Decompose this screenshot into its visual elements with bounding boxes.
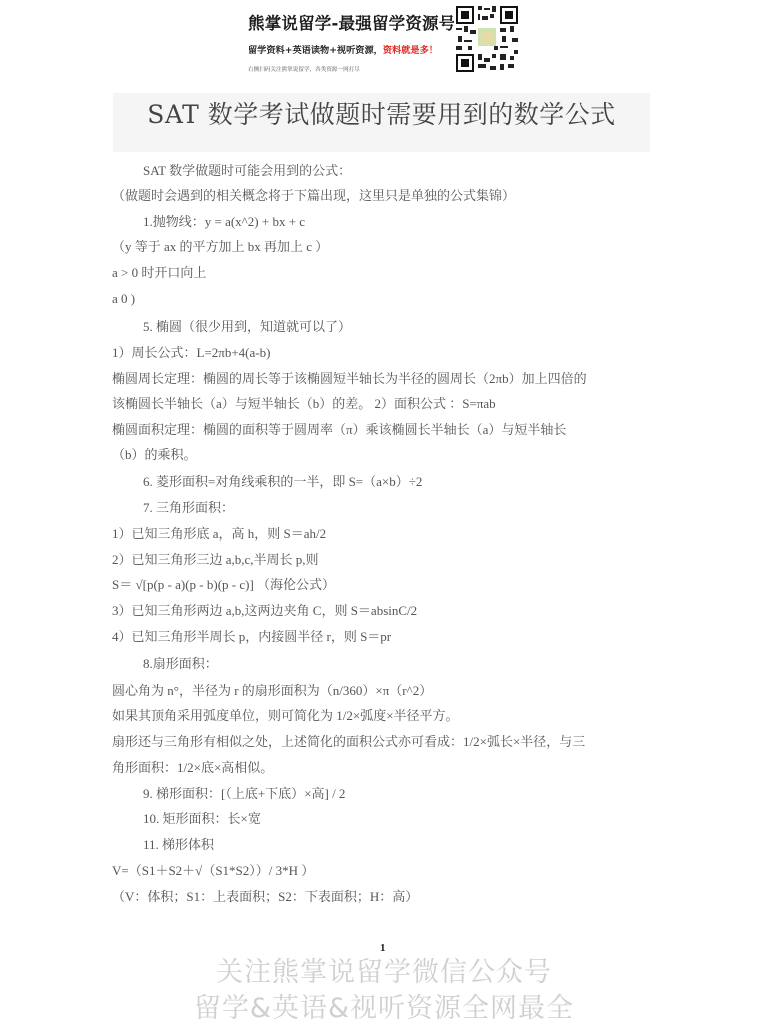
document-title: SAT 数学考试做题时需要用到的数学公式: [113, 95, 650, 131]
text-line: 椭圆面积定理：椭圆的面积等于圆周率（π）乘该椭圆长半轴长（a）与短半轴长: [112, 419, 566, 438]
text-line: 8.扇形面积：: [143, 653, 218, 672]
text-line: 椭圆周长定理：椭圆的周长等于该椭圆短半轴长为半径的圆周长（2πb）加上四倍的: [112, 368, 587, 387]
text-line: 该椭圆长半轴长（a）与短半轴长（b）的差。 2）面积公式 ：S=πab: [112, 393, 496, 412]
text-line: 9. 梯形面积：[（上底+下底）×高] / 2: [143, 783, 345, 802]
text-line: 6. 菱形面积=对角线乘积的一半，即 S=（a×b）÷2: [143, 471, 422, 490]
text-line: 扇形还与三角形有相似之处，上述简化的面积公式亦可看成：1/2×弧长×半径，与三: [112, 731, 585, 750]
banner-note: 右侧扫码关注熊掌说留学，各类资源一网打尽: [248, 65, 360, 73]
text-line: 角形面积：1/2×底×高相似。: [112, 757, 273, 776]
text-line: 圆心角为 n°，半径为 r 的扇形面积为（n/360）×π（r^2）: [112, 680, 432, 699]
watermark-line-1: 关注熊掌说留学微信公众号: [0, 950, 768, 989]
text-line: 如果其顶角采用弧度单位，则可简化为 1/2×弧度×半径平方。: [112, 705, 459, 724]
promo-banner: 熊掌说留学-最强留学资源号 留学资料+英语读物+视听资源，资料就是多！ 右侧扫码…: [244, 4, 524, 76]
document-title-box: SAT 数学考试做题时需要用到的数学公式: [113, 93, 650, 152]
text-line: 1.抛物线：y = a(x^2) + bx + c: [143, 211, 305, 230]
text-line: 5. 椭圆（很少用到，知道就可以了）: [143, 316, 351, 335]
text-line: （V：体积；S1：上表面积；S2：下表面积；H：高）: [112, 886, 418, 905]
text-line: a 0 ): [112, 291, 135, 307]
text-line: 10. 矩形面积：长×宽: [143, 808, 261, 827]
text-line: 3）已知三角形两边 a,b,这两边夹角 C，则 S＝absinC/2: [112, 600, 417, 619]
text-line: （y 等于 ax 的平方加上 bx 再加上 c ）: [112, 236, 328, 255]
text-line: 1）周长公式：L=2πb+4(a-b): [112, 342, 270, 361]
qr-code-icon: [454, 4, 520, 74]
banner-subtitle-main: 留学资料+英语读物+视听资源，: [248, 45, 383, 56]
banner-subtitle: 留学资料+英语读物+视听资源，资料就是多！: [248, 42, 438, 56]
text-line: （做题时会遇到的相关概念将于下篇出现，这里只是单独的公式集锦）: [112, 185, 515, 204]
text-line: S＝ √[p(p - a)(p - b)(p - c)] （海伦公式）: [112, 574, 335, 593]
text-line: 11. 梯形体积: [143, 834, 214, 853]
text-line: 1）已知三角形底 a，高 h，则 S＝ah/2: [112, 523, 326, 542]
text-line: SAT 数学做题时可能会用到的公式：: [143, 160, 351, 179]
text-line: V=（S1＋S2＋√（S1*S2））/ 3*H ）: [112, 860, 314, 879]
text-line: 7. 三角形面积：: [143, 497, 234, 516]
text-line: 4）已知三角形半周长 p，内接圆半径 r，则 S＝pr: [112, 626, 391, 645]
watermark-line-2: 留学&英语&视听资源全网最全: [0, 986, 768, 1024]
text-line: a > 0 时开口向上: [112, 262, 206, 281]
text-line: （b）的乘积。: [112, 444, 197, 463]
banner-title: 熊掌说留学-最强留学资源号: [248, 10, 455, 34]
banner-subtitle-highlight: 资料就是多！: [383, 45, 438, 56]
text-line: 2）已知三角形三边 a,b,c,半周长 p,则: [112, 549, 319, 568]
